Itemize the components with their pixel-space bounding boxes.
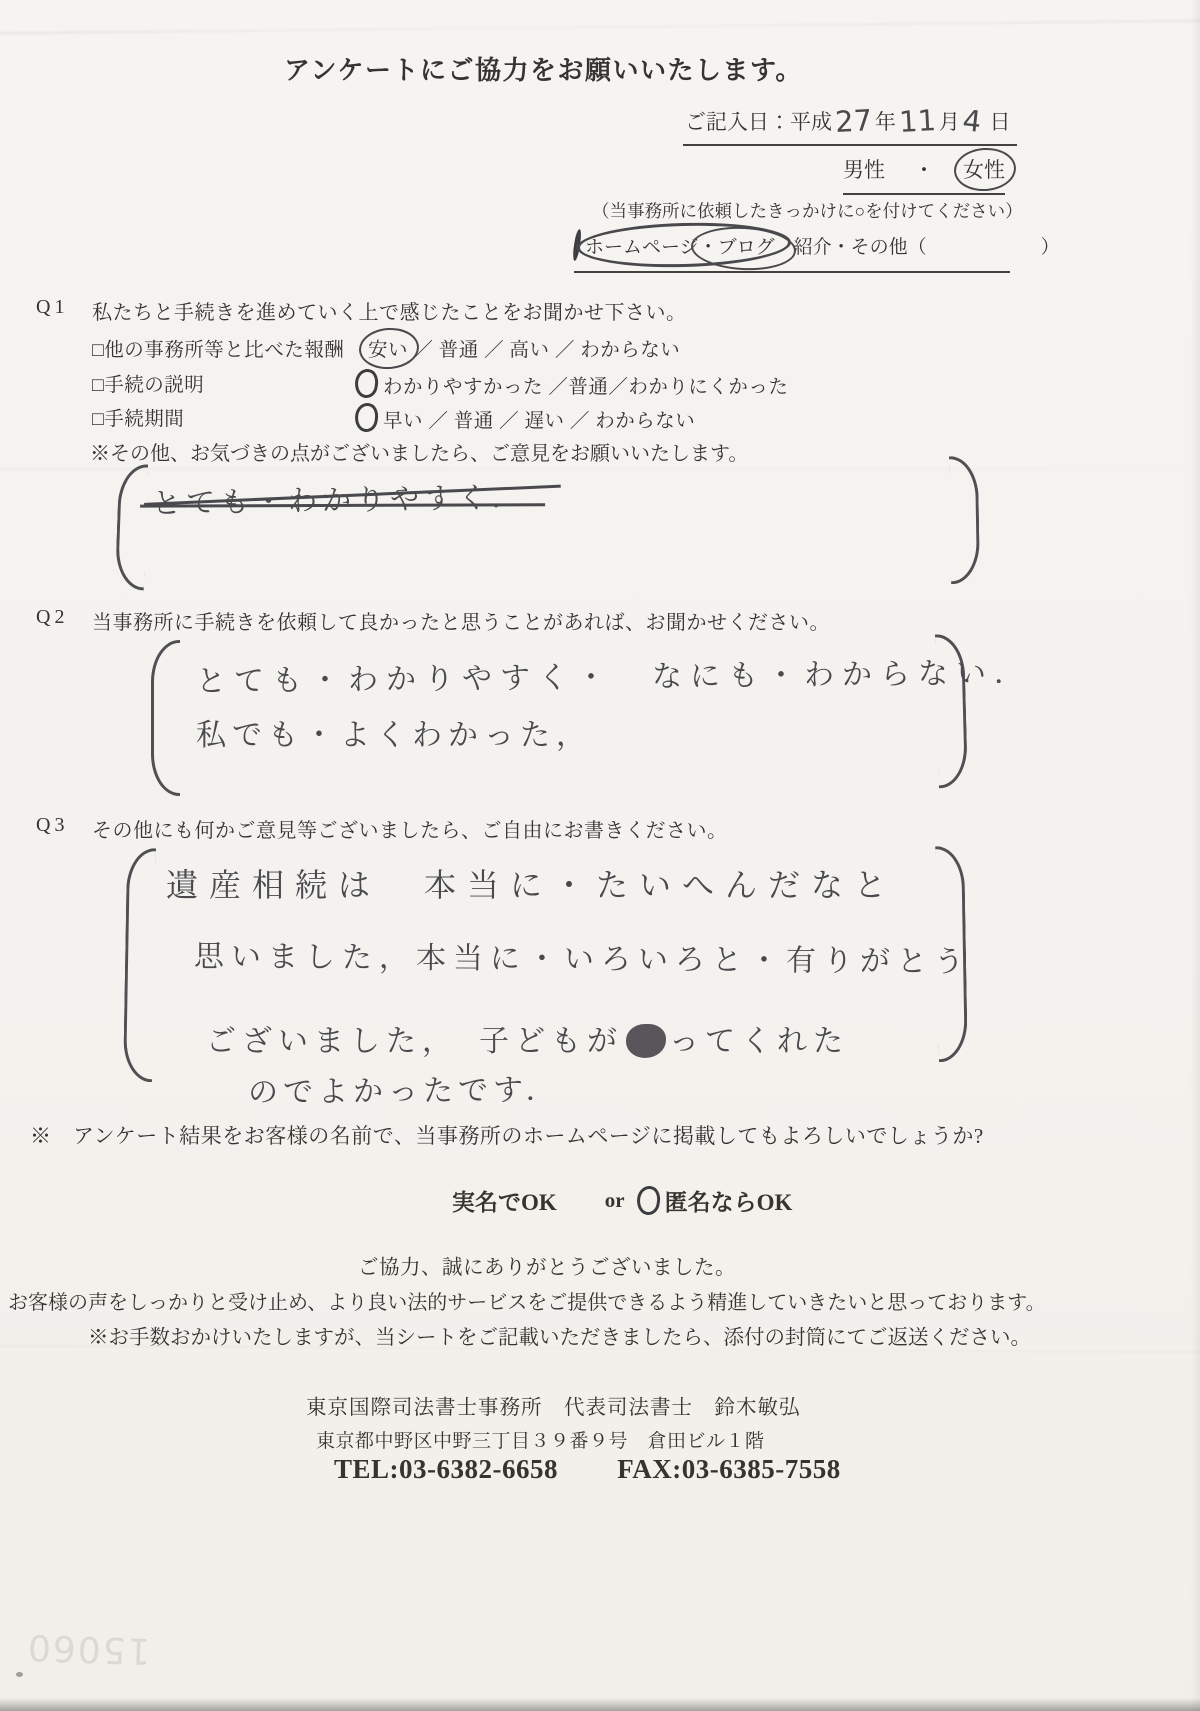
q1-handwritten-comment-crossed-out: とても・わかりやすく． bbox=[152, 475, 526, 523]
q1-comment-left-bracket bbox=[115, 464, 148, 591]
date-prefix-label: ご記入日：平成 bbox=[685, 110, 832, 134]
q1-row-fee-label: □他の事務所等と比べた報酬 bbox=[92, 334, 344, 362]
publish-option-real-name: 実名でOK bbox=[452, 1184, 557, 1217]
fill-in-date-line: ご記入日：平成27年11月4 日 bbox=[683, 102, 1017, 146]
bleed-through-ghost-number: 15060 bbox=[25, 1626, 151, 1671]
trigger-option-homepage-blog-circled: ホームページ・ブログ bbox=[585, 232, 775, 259]
publish-option-anonymous-marked: 匿名ならOK bbox=[665, 1184, 793, 1217]
ink-scribble-blot bbox=[626, 1024, 666, 1058]
q1-question: 私たちと手続きを進めていく上で感じたことをお聞かせ下さい。 bbox=[92, 296, 687, 325]
q1-other-note: ※その他、お気づきの点がございましたら、ご意見をお願いいたします。 bbox=[90, 437, 748, 466]
q1-row-explanation-options: わかりやすかった ／普通／わかりにくかった bbox=[355, 369, 788, 399]
q2-handwritten-line1: とても・わかりやすく・ なにも・わからない． bbox=[196, 648, 1032, 701]
date-month-unit: 月 bbox=[939, 110, 960, 134]
q2-number: Q2 bbox=[36, 606, 68, 629]
q3-line3-before-scribble: ございました， 子どもが bbox=[206, 1024, 623, 1059]
scan-speck bbox=[16, 1672, 23, 1677]
date-year-unit: 年 bbox=[875, 110, 896, 134]
office-address-line: 東京都中野区中野三丁目３９番９号 倉田ビル１階 bbox=[316, 1426, 765, 1453]
return-instruction: ※お手数おかけいたしますが、当シートをご記載いただきましたら、添付の封筒にてご返… bbox=[88, 1320, 1031, 1350]
fax-number: FAX:03-6385-7558 bbox=[617, 1454, 840, 1484]
trigger-option-other: 紹介・その他（ ） bbox=[775, 232, 1060, 259]
handwritten-year-value: 27 bbox=[834, 103, 873, 139]
scan-edge-shadow bbox=[1190, 0, 1200, 1711]
q3-comment-left-bracket bbox=[123, 848, 156, 1082]
closing-message: お客様の声をしっかりと受け止め、より良い法的サービスをご提供できるよう精進してい… bbox=[8, 1286, 1046, 1315]
q3-handwritten-line1: 遺産相続は 本当に・たいへんだなと bbox=[166, 860, 897, 906]
gender-option-female-circled: 女性 bbox=[963, 154, 1005, 184]
gender-separator-dot: ・ bbox=[914, 154, 935, 184]
q3-handwritten-line4: のでよかったです． bbox=[248, 1065, 561, 1112]
q3-handwritten-line2: 思いました，本当に・いろいろと・有りがとう bbox=[194, 931, 971, 980]
gender-option-male: 男性 bbox=[843, 154, 885, 184]
q3-line3-after-scribble: ってくれた bbox=[669, 1024, 849, 1059]
q3-question: その他にも何かご意見等ございましたら、ご自由にお書きください。 bbox=[92, 814, 728, 843]
publish-permission-question: ※ アンケート結果をお客様の名前で、当事務所のホームページに掲載してもよろしいで… bbox=[30, 1120, 984, 1150]
q1-comment-right-bracket bbox=[949, 456, 980, 584]
q3-number: Q3 bbox=[36, 814, 68, 837]
handwritten-day-value: 4 bbox=[961, 103, 983, 139]
q1-fee-option-cheap-circled: 安い bbox=[368, 334, 408, 362]
q2-handwritten-line2: 私でも・よくわかった， bbox=[196, 710, 592, 754]
q1-fee-options-rest: ／ 普通 ／ 高い ／ わからない bbox=[413, 340, 680, 361]
tel-fax-line: TEL:03-6382-6658 FAX:03-6385-7558 bbox=[334, 1454, 841, 1485]
pen-circle-mark-icon bbox=[353, 401, 380, 433]
q1-row-explanation-label: □手続の説明 bbox=[92, 369, 204, 397]
paper-crease bbox=[0, 468, 1200, 470]
thanks-message: ご協力、誠にありがとうございました。 bbox=[358, 1250, 736, 1280]
scanned-survey-sheet: アンケートにご協力をお願いいたします。 ご記入日：平成27年11月4 日 男性 … bbox=[0, 0, 1200, 1711]
paper-crease bbox=[0, 20, 1200, 35]
date-day-unit: 日 bbox=[990, 110, 1011, 134]
gender-choice-line: 男性 ・ 女性 bbox=[843, 154, 1005, 195]
tel-number: TEL:03-6382-6658 bbox=[334, 1454, 558, 1484]
office-name-line: 東京国際司法書士事務所 代表司法書士 鈴木敏弘 bbox=[306, 1390, 801, 1420]
publish-or-label: or bbox=[605, 1188, 625, 1213]
q1-row-fee-options: 安い ／ 普通 ／ 高い ／ わからない bbox=[368, 334, 680, 362]
q1-number: Q1 bbox=[36, 296, 68, 319]
handwritten-month-value: 11 bbox=[898, 103, 937, 139]
q1-row-duration-options: 早い ／ 普通 ／ 遅い ／ わからない bbox=[355, 403, 695, 433]
publish-options-line: 実名でOK or 匿名ならOK bbox=[452, 1184, 792, 1217]
q1-row-duration-label: □手続期間 bbox=[92, 403, 184, 431]
trigger-instruction-note: （当事務所に依頼したきっかけに○を付けてください） bbox=[592, 198, 1023, 223]
q2-comment-left-bracket bbox=[151, 640, 180, 796]
trigger-options-line: ホームページ・ブログ 紹介・その他（ ） bbox=[574, 229, 1010, 273]
q1-explanation-options-text: わかりやすかった ／普通／わかりにくかった bbox=[383, 377, 788, 398]
q1-duration-options-text: 早い ／ 普通 ／ 遅い ／ わからない bbox=[383, 411, 695, 432]
pen-circle-mark-icon bbox=[353, 367, 380, 399]
q2-question: 当事務所に手続きを依頼して良かったと思うことがあれば、お聞かせください。 bbox=[92, 606, 830, 635]
scan-bottom-edge bbox=[0, 1698, 1200, 1711]
q3-handwritten-line3: ございました， 子どもがってくれた bbox=[206, 1016, 849, 1060]
page-title: アンケートにご協力をお願いいたします。 bbox=[284, 50, 803, 87]
pen-circle-mark-icon bbox=[634, 1184, 661, 1216]
